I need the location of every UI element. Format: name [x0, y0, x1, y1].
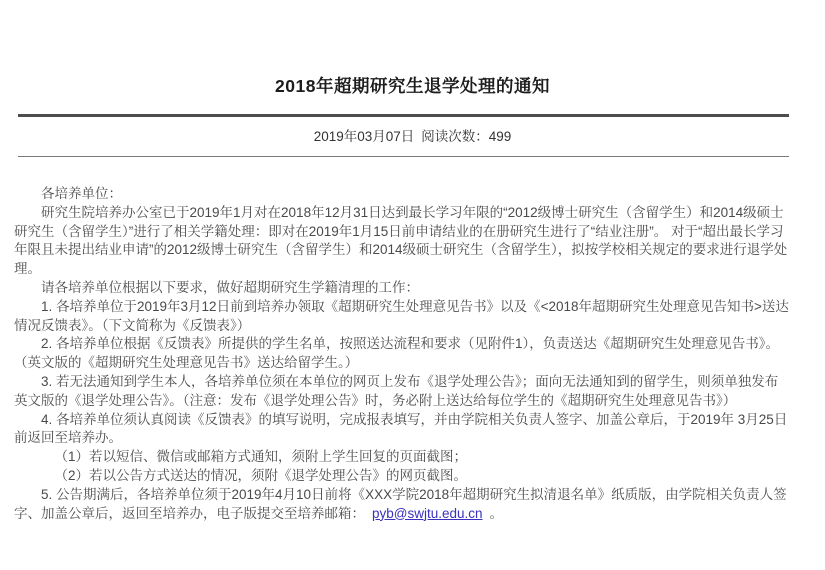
salutation-line: 各培养单位：: [14, 185, 791, 204]
email-link[interactable]: pyb@swjtu.edu.cn: [372, 506, 483, 521]
sub-item-1: （1）若以短信、微信或邮箱方式通知，须附上学生回复的页面截图；: [14, 448, 791, 467]
meta-divider: [18, 156, 789, 157]
sub-item-2: （2）若以公告方式送达的情况，须附《退学处理公告》的网页截图。: [14, 467, 791, 486]
item-5-suffix: 。: [490, 506, 504, 521]
item-4: 4. 各培养单位须认真阅读《反馈表》的填写说明，完成报表填写，并由学院相关负责人…: [14, 411, 791, 449]
notice-body: 各培养单位： 研究生院培养办公室已于2019年1月对在2018年12月31日达到…: [14, 185, 791, 523]
intro-paragraph: 研究生院培养办公室已于2019年1月对在2018年12月31日达到最长学习年限的…: [14, 204, 791, 279]
publish-date: 2019年03月07日: [314, 129, 415, 144]
notice-page: 2018年超期研究生退学处理的通知 2019年03月07日阅读次数：499 各培…: [0, 0, 825, 570]
read-count: 499: [489, 129, 512, 144]
page-title: 2018年超期研究生退学处理的通知: [0, 0, 825, 98]
item-1: 1. 各培养单位于2019年3月12日前到培养办领取《超期研究生处理意见告书》以…: [14, 298, 791, 336]
title-divider: [18, 114, 789, 117]
meta-line: 2019年03月07日阅读次数：499: [0, 127, 825, 146]
requirements-intro: 请各培养单位根据以下要求，做好超期研究生学籍清理的工作：: [14, 279, 791, 298]
item-3: 3. 若无法通知到学生本人，各培养单位须在本单位的网页上发布《退学处理公告》；面…: [14, 373, 791, 411]
item-2: 2. 各培养单位根据《反馈表》所提供的学生名单，按照送达流程和要求（见附件1），…: [14, 335, 791, 373]
read-count-label: 阅读次数：: [421, 129, 489, 144]
item-5: 5. 公告期满后，各培养单位须于2019年4月10日前将《XXX学院2018年超…: [14, 486, 791, 524]
